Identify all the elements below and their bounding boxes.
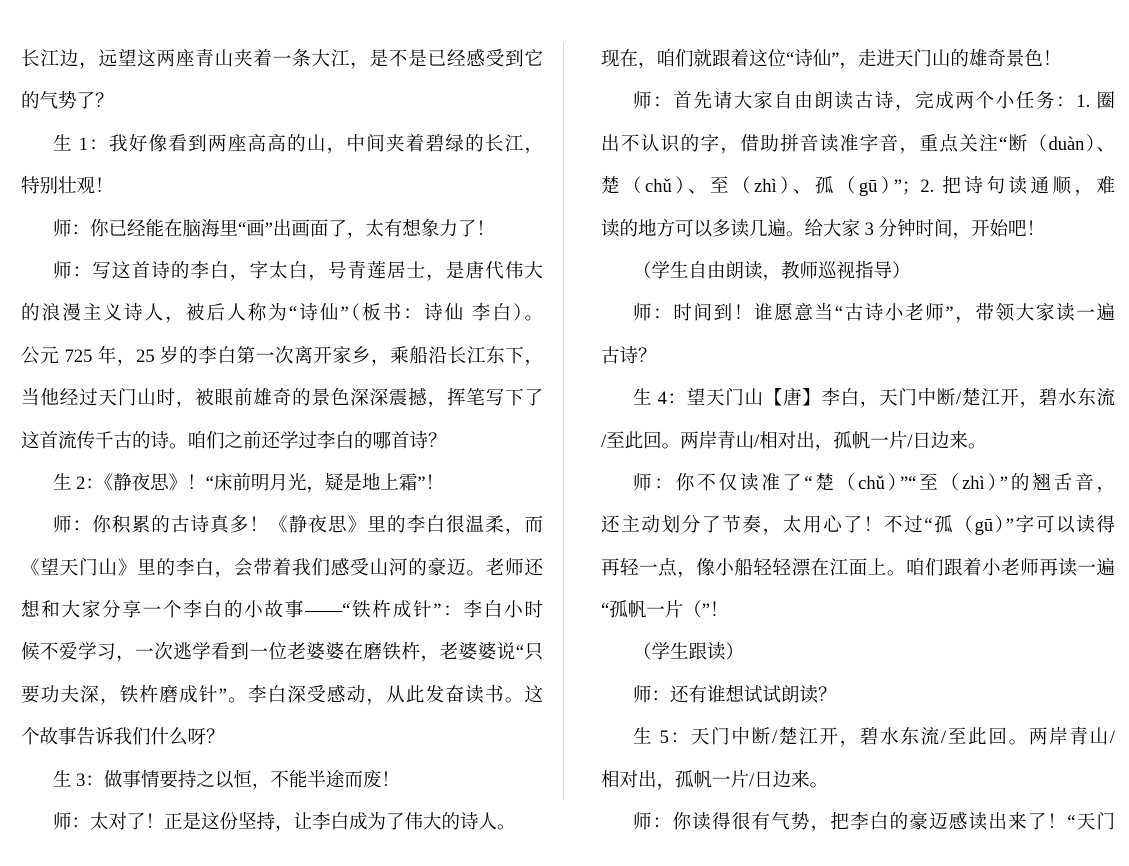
text-line: 师：你读得很有气势，把李白的豪迈感读出来了！“天门 <box>601 802 1115 844</box>
text-line: 的浪漫主义诗人，被后人称为“诗仙”（板书：诗仙 李白）。 <box>21 293 543 335</box>
text-line: 再轻一点，像小船轻轻漂在江面上。咱们跟着小老师再读一遍 <box>601 548 1115 590</box>
document-page: 长江边，远望这两座青山夹着一条大江，是不是已经感受到它的气势了？生 1：我好像看… <box>0 0 1129 866</box>
text-column-left: 长江边，远望这两座青山夹着一条大江，是不是已经感受到它的气势了？生 1：我好像看… <box>21 39 543 844</box>
text-line: 生 5：天门中断/楚江开，碧水东流/至此回。两岸青山/ <box>601 717 1115 759</box>
text-column-right: 现在，咱们就跟着这位“诗仙”，走进天门山的雄奇景色！师：首先请大家自由朗读古诗，… <box>601 39 1115 844</box>
column-divider <box>563 42 564 800</box>
text-line: 师：还有谁想试试朗读？ <box>601 675 1115 717</box>
text-line: 想和大家分享一个李白的小故事——“铁杵成针”：李白小时 <box>21 590 543 632</box>
text-line: 公元 725 年，25 岁的李白第一次离开家乡，乘船沿长江东下， <box>21 336 543 378</box>
text-line: 师：太对了！正是这份坚持，让李白成为了伟大的诗人。 <box>21 802 543 844</box>
text-line: 生 2：《静夜思》！“床前明月光，疑是地上霜”！ <box>21 463 543 505</box>
text-line: 师：首先请大家自由朗读古诗，完成两个小任务：1. 圈 <box>601 81 1115 123</box>
text-line: 这首流传千古的诗。咱们之前还学过李白的哪首诗？ <box>21 421 543 463</box>
text-line: 现在，咱们就跟着这位“诗仙”，走进天门山的雄奇景色！ <box>601 39 1115 81</box>
text-line: （学生自由朗读，教师巡视指导） <box>601 251 1115 293</box>
text-line: 师：你不仅读准了“楚（chǔ）”“至（zhì）”的翘舌音， <box>601 463 1115 505</box>
text-line: 生 4：望天门山【唐】李白，天门中断/楚江开，碧水东流 <box>601 378 1115 420</box>
text-line: 要功夫深，铁杵磨成针”。李白深受感动，从此发奋读书。这 <box>21 675 543 717</box>
text-line: 相对出，孤帆一片/日边来。 <box>601 760 1115 802</box>
text-line: “孤帆一片（”！ <box>601 590 1115 632</box>
text-line: /至此回。两岸青山/相对出，孤帆一片/日边来。 <box>601 421 1115 463</box>
text-line: 的气势了？ <box>21 81 543 123</box>
text-line: 楚（chǔ）、至（zhì）、孤（gū）”；2. 把诗句读通顺，难 <box>601 166 1115 208</box>
text-line: 古诗？ <box>601 336 1115 378</box>
text-line: 生 1：我好像看到两座高高的山，中间夹着碧绿的长江， <box>21 124 543 166</box>
text-line: 生 3：做事情要持之以恒，不能半途而废！ <box>21 760 543 802</box>
text-line: 师：写这首诗的李白，字太白，号青莲居士，是唐代伟大 <box>21 251 543 293</box>
text-line: 师：你积累的古诗真多！《静夜思》里的李白很温柔，而 <box>21 505 543 547</box>
text-line: 当他经过天门山时，被眼前雄奇的景色深深震撼，挥笔写下了 <box>21 378 543 420</box>
text-line: （学生跟读） <box>601 632 1115 674</box>
text-line: 长江边，远望这两座青山夹着一条大江，是不是已经感受到它 <box>21 39 543 81</box>
text-line: 出不认识的字，借助拼音读准字音，重点关注“断（duàn）、 <box>601 124 1115 166</box>
text-line: 师：你已经能在脑海里“画”出画面了，太有想象力了！ <box>21 209 543 251</box>
text-line: 读的地方可以多读几遍。给大家 3 分钟时间，开始吧！ <box>601 209 1115 251</box>
text-line: 个故事告诉我们什么呀？ <box>21 717 543 759</box>
text-line: 还主动划分了节奏，太用心了！不过“孤（gū）”字可以读得 <box>601 505 1115 547</box>
text-line: 特别壮观！ <box>21 166 543 208</box>
text-line: 《望天门山》里的李白，会带着我们感受山河的豪迈。老师还 <box>21 548 543 590</box>
text-line: 候不爱学习，一次逃学看到一位老婆婆在磨铁杵，老婆婆说“只 <box>21 632 543 674</box>
text-line: 师：时间到！谁愿意当“古诗小老师”，带领大家读一遍 <box>601 293 1115 335</box>
